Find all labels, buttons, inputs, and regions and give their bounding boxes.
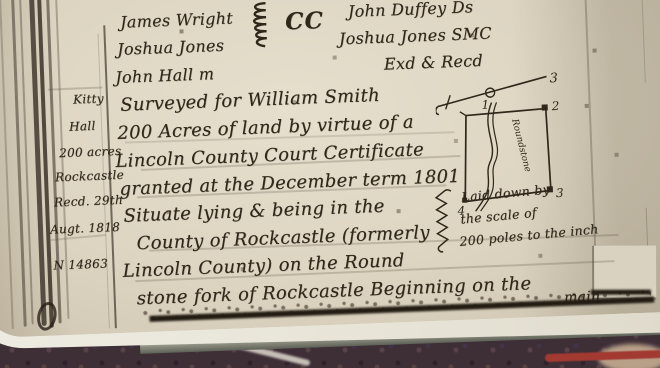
coil-brace-icon bbox=[235, 0, 283, 54]
binding-shadow-line bbox=[10, 0, 26, 327]
margin-county: Rockcastle bbox=[55, 168, 125, 185]
margin-received-date: Recd. 29th bbox=[54, 193, 123, 210]
ink-blot-ring bbox=[35, 300, 60, 332]
plat-corner-label: 1 bbox=[481, 98, 489, 112]
deputy-surveyor-name: John Duffey Ds bbox=[348, 0, 474, 21]
margin-survey-number: N 14863 bbox=[53, 256, 108, 272]
photo-of-survey-record-page: James Wright Joshua Jones John Hall m CC… bbox=[0, 0, 660, 368]
plat-corner-label: 3 bbox=[556, 186, 565, 200]
stream-label: Roundstone bbox=[509, 117, 532, 173]
scale-note-line: 200 poles to the inch bbox=[459, 221, 599, 249]
chain-carrier-name: James Wright bbox=[120, 8, 234, 31]
ledger-rule bbox=[48, 86, 103, 90]
survey-text-line: Situate lying & being in the bbox=[123, 196, 385, 227]
survey-text-line: Lincoln County) on the Round bbox=[122, 250, 405, 282]
margin-received-month: Augt. 1818 bbox=[50, 220, 121, 237]
survey-text-line: Lincoln County Court Certificate bbox=[115, 139, 424, 172]
plat-corner-label: 2 bbox=[550, 99, 559, 113]
margin-claimant-last-name: Hall bbox=[69, 119, 96, 134]
survey-text-line: Surveyed for William Smith bbox=[120, 85, 380, 116]
survey-text-line: granted at the December term 1801 bbox=[119, 166, 460, 200]
plat-line-label: 3 bbox=[549, 71, 558, 86]
record-book-page: James Wright Joshua Jones John Hall m CC… bbox=[0, 0, 660, 338]
survey-text-line: County of Rockcastle (formerly bbox=[136, 222, 430, 254]
cc-annotation: CC bbox=[285, 7, 325, 35]
margin-claimant-first-name: Kitty bbox=[73, 91, 104, 106]
margin-acreage: 200 acres bbox=[59, 144, 122, 160]
marker-name: John Hall m bbox=[115, 64, 215, 87]
binding-shadow-line bbox=[0, 0, 14, 329]
zigzag-brace-icon bbox=[432, 188, 455, 255]
chain-carrier-name: Joshua Jones bbox=[117, 36, 225, 59]
page-edge-line bbox=[640, 0, 646, 83]
page-corner-border bbox=[591, 290, 651, 295]
smc-name: Joshua Jones SMC bbox=[339, 24, 493, 49]
